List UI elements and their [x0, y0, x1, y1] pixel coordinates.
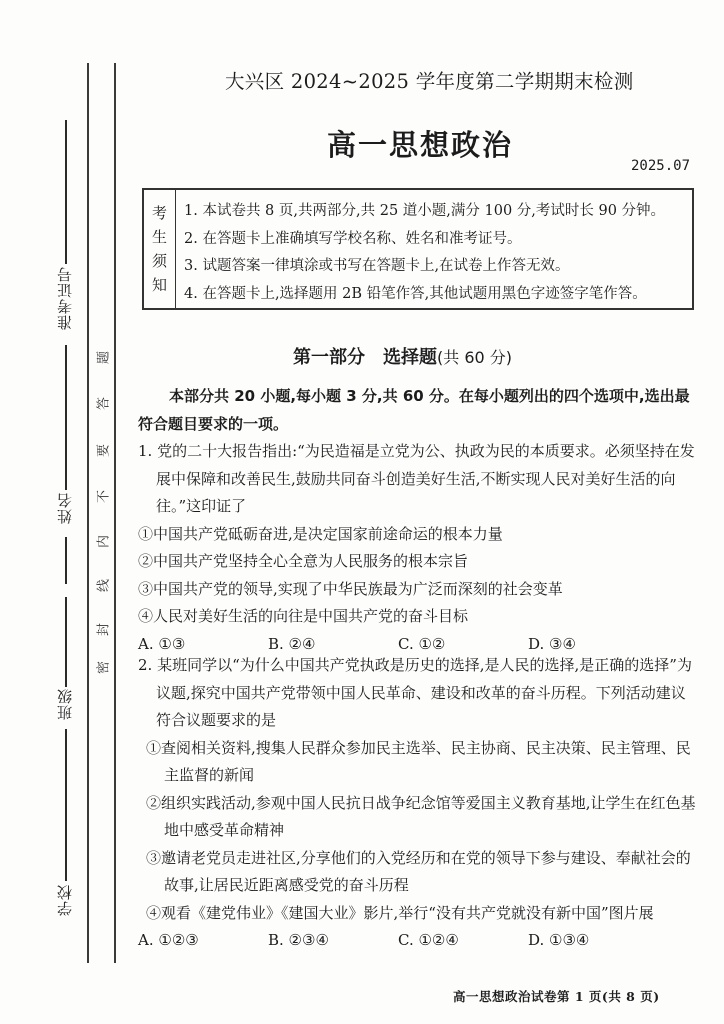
- exam-notice-box: 考 生 须 知 1. 本试卷共 8 页,共两部分,共 25 道小题,满分 100…: [142, 188, 694, 310]
- answer-choice-a[interactable]: A. ①②③: [138, 927, 268, 955]
- binding-line-outer: [87, 63, 89, 963]
- question-2: 2. 某班同学以“为什么中国共产党执政是历史的选择,是人民的选择,是正确的选择”…: [138, 652, 698, 955]
- statement-option: ③邀请老党员走进社区,分享他们的入党经历和在党的领导下参与建设、奉献社会的故事,…: [138, 845, 698, 900]
- exam-number-label: 准考证号: [54, 266, 75, 330]
- notice-heading-char: 须: [152, 249, 167, 273]
- seal-char-da: 答: [93, 394, 112, 414]
- school-label: 学校: [54, 884, 75, 916]
- class-blank[interactable]: [65, 597, 67, 687]
- statement-option: ②中国共产党坚持全心全意为人民服务的根本宗旨: [138, 548, 698, 576]
- school-blank[interactable]: [65, 825, 67, 881]
- question-1: 1. 党的二十大报告指出:“为民造福是立党为公、执政为民的本质要求。必须坚持在发…: [138, 438, 698, 658]
- exam-date: 2025.07: [631, 158, 690, 174]
- notice-heading-char: 生: [152, 225, 167, 249]
- answer-choices: A. ①②③ B. ②③④ C. ①②④ D. ①③④: [138, 927, 698, 955]
- notice-heading-char: 考: [152, 201, 167, 225]
- page-footer: 高一思想政治试卷第 1 页(共 8 页): [453, 987, 660, 1005]
- seal-char-yao: 要: [93, 441, 112, 461]
- exam-number-blank[interactable]: [65, 120, 67, 264]
- name-label: 姓名: [54, 492, 75, 524]
- seal-char-nei: 内: [93, 532, 112, 552]
- notice-item: 1. 本试卷共 8 页,共两部分,共 25 道小题,满分 100 分,考试时长 …: [184, 198, 692, 226]
- question-stem: 2. 某班同学以“为什么中国共产党执政是历史的选择,是人民的选择,是正确的选择”…: [138, 652, 698, 735]
- seal-char-feng: 封: [93, 620, 112, 640]
- section-title: 第一部分 选择题(共 60 分): [293, 343, 512, 369]
- class-blank-lower: [65, 729, 67, 825]
- seal-char-bu: 不: [93, 487, 112, 507]
- statement-option: ④观看《建党伟业》《建国大业》影片,举行“没有共产党就没有新中国”图片展: [138, 900, 698, 928]
- name-blank-lower: [65, 537, 67, 584]
- section-title-text: 第一部分 选择题: [293, 347, 437, 368]
- seal-char-ti: 题: [93, 348, 112, 368]
- statement-option: ①中国共产党砥砺奋进,是决定国家前途命运的根本力量: [138, 521, 698, 549]
- notice-item: 3. 试题答案一律填涂或书写在答题卡上,在试卷上作答无效。: [184, 253, 692, 281]
- exam-title: 大兴区 2024~2025 学年度第二学期期末检测: [225, 66, 634, 94]
- notice-item: 2. 在答题卡上准确填写学校名称、姓名和准考证号。: [184, 226, 692, 254]
- notice-list: 1. 本试卷共 8 页,共两部分,共 25 道小题,满分 100 分,考试时长 …: [176, 190, 692, 308]
- answer-choice-d[interactable]: D. ①③④: [528, 927, 658, 955]
- binding-line-inner: [114, 63, 116, 963]
- question-stem: 1. 党的二十大报告指出:“为民造福是立党为公、执政为民的本质要求。必须坚持在发…: [138, 438, 698, 521]
- notice-heading-char: 知: [152, 273, 167, 297]
- section-points: (共 60 分): [437, 348, 512, 367]
- statement-option: ②组织实践活动,参观中国人民抗日战争纪念馆等爱国主义教育基地,让学生在红色基地中…: [138, 790, 698, 845]
- answer-choice-c[interactable]: C. ①②④: [398, 927, 528, 955]
- notice-heading: 考 生 须 知: [144, 190, 176, 308]
- seal-char-mi: 密: [93, 658, 112, 678]
- class-label: 班级: [54, 688, 75, 720]
- seal-char-xian: 线: [93, 576, 112, 596]
- statement-option: ③中国共产党的领导,实现了中华民族最为广泛而深刻的社会变革: [138, 576, 698, 604]
- statement-option: ①查阅相关资料,搜集人民群众参加民主选举、民主协商、民主决策、民主管理、民主监督…: [138, 735, 698, 790]
- notice-item: 4. 在答题卡上,选择题用 2B 铅笔作答,其他试题用黑色字迹签字笔作答。: [184, 281, 692, 309]
- statement-option: ④人民对美好生活的向往是中国共产党的奋斗目标: [138, 603, 698, 631]
- answer-choice-b[interactable]: B. ②③④: [268, 927, 398, 955]
- subject-title: 高一思想政治: [327, 123, 513, 164]
- section-intro: 本部分共 20 小题,每小题 3 分,共 60 分。在每小题列出的四个选项中,选…: [138, 382, 698, 438]
- name-blank[interactable]: [65, 345, 67, 490]
